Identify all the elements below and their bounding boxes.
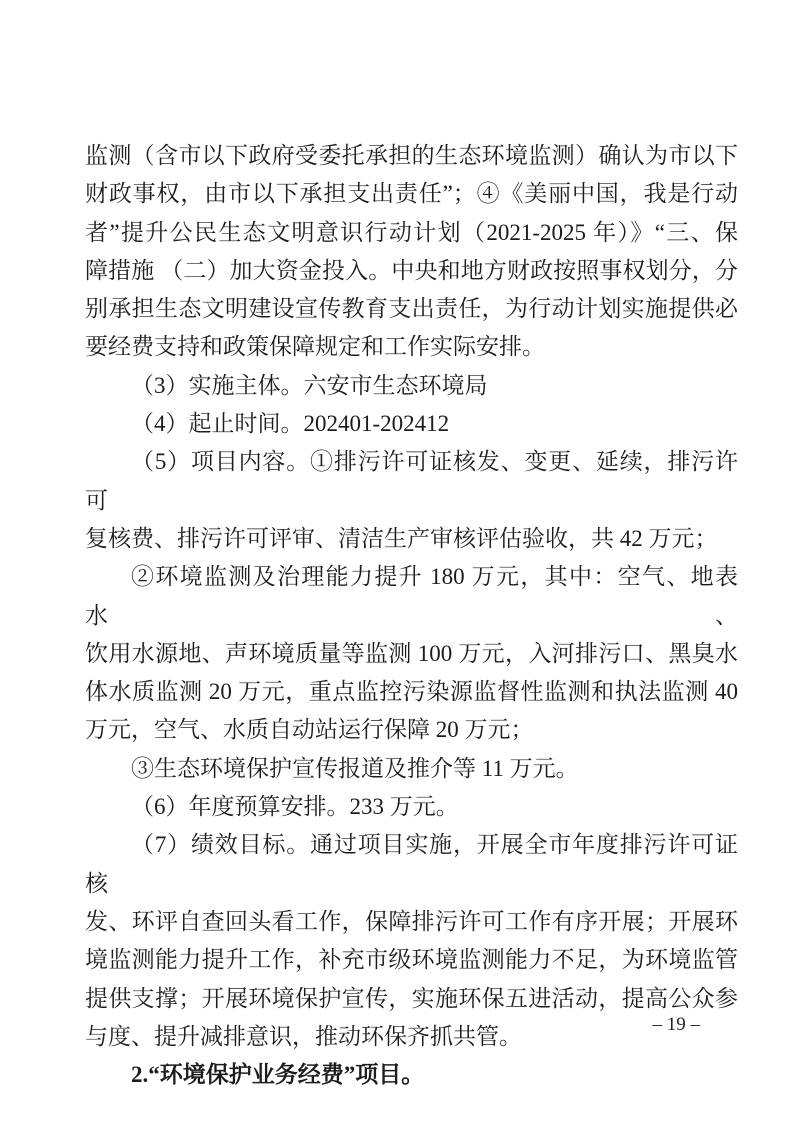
text-line: （7）绩效目标。通过项目实施，开展全市年度排污许可证核 xyxy=(85,826,738,903)
text-line: 复核费、排污许可评审、清洁生产审核评估验收，共 42 万元； xyxy=(85,520,738,558)
text-line: ②环境监测及治理能力提升 180 万元，其中：空气、地表水、 xyxy=(85,558,738,635)
text-line: ③生态环境保护宣传报道及推介等 11 万元。 xyxy=(85,750,738,788)
document-body: 监测（含市以下政府受委托承担的生态环境监测）确认为市以下 财政事权，由市以下承担… xyxy=(85,137,738,1094)
section-heading: 2.“环境保护业务经费”项目。 xyxy=(85,1056,738,1094)
text-line: （6）年度预算安排。233 万元。 xyxy=(85,788,738,826)
text-line: （4）起止时间。202401-202412 xyxy=(85,405,738,443)
text-line: 监测（含市以下政府受委托承担的生态环境监测）确认为市以下 xyxy=(85,137,738,175)
text-line: 发、环评自查回头看工作，保障排污许可工作有序开展；开展环 xyxy=(85,903,738,941)
document-page: 监测（含市以下政府受委托承担的生态环境监测）确认为市以下 财政事权，由市以下承担… xyxy=(0,0,793,1122)
text-line: 与度、提升减排意识，推动环保齐抓共管。 xyxy=(85,1018,738,1056)
text-line: （3）实施主体。六安市生态环境局 xyxy=(85,367,738,405)
text-line: 提供支撑；开展环境保护宣传，实施环保五进活动，提高公众参 xyxy=(85,980,738,1018)
text-line: 要经费支持和政策保障规定和工作实际安排。 xyxy=(85,328,738,366)
text-line: 万元，空气、水质自动站运行保障 20 万元； xyxy=(85,711,738,749)
text-line: 体水质监测 20 万元，重点监控污染源监督性监测和执法监测 40 xyxy=(85,673,738,711)
page-number: – 19 – xyxy=(653,1012,701,1038)
text-line: 饮用水源地、声环境质量等监测 100 万元，入河排污口、黑臭水 xyxy=(85,635,738,673)
text-line: 者”提升公民生态文明意识行动计划（2021-2025 年）》“三、保 xyxy=(85,214,738,252)
text-line: 财政事权，由市以下承担支出责任”；④《美丽中国，我是行动 xyxy=(85,175,738,213)
text-line: 障措施 （二）加大资金投入。中央和地方财政按照事权划分，分 xyxy=(85,252,738,290)
text-line: （5）项目内容。①排污许可证核发、变更、延续，排污许可 xyxy=(85,443,738,520)
text-line: 境监测能力提升工作，补充市级环境监测能力不足，为环境监管 xyxy=(85,941,738,979)
text-line: 别承担生态文明建设宣传教育支出责任，为行动计划实施提供必 xyxy=(85,290,738,328)
